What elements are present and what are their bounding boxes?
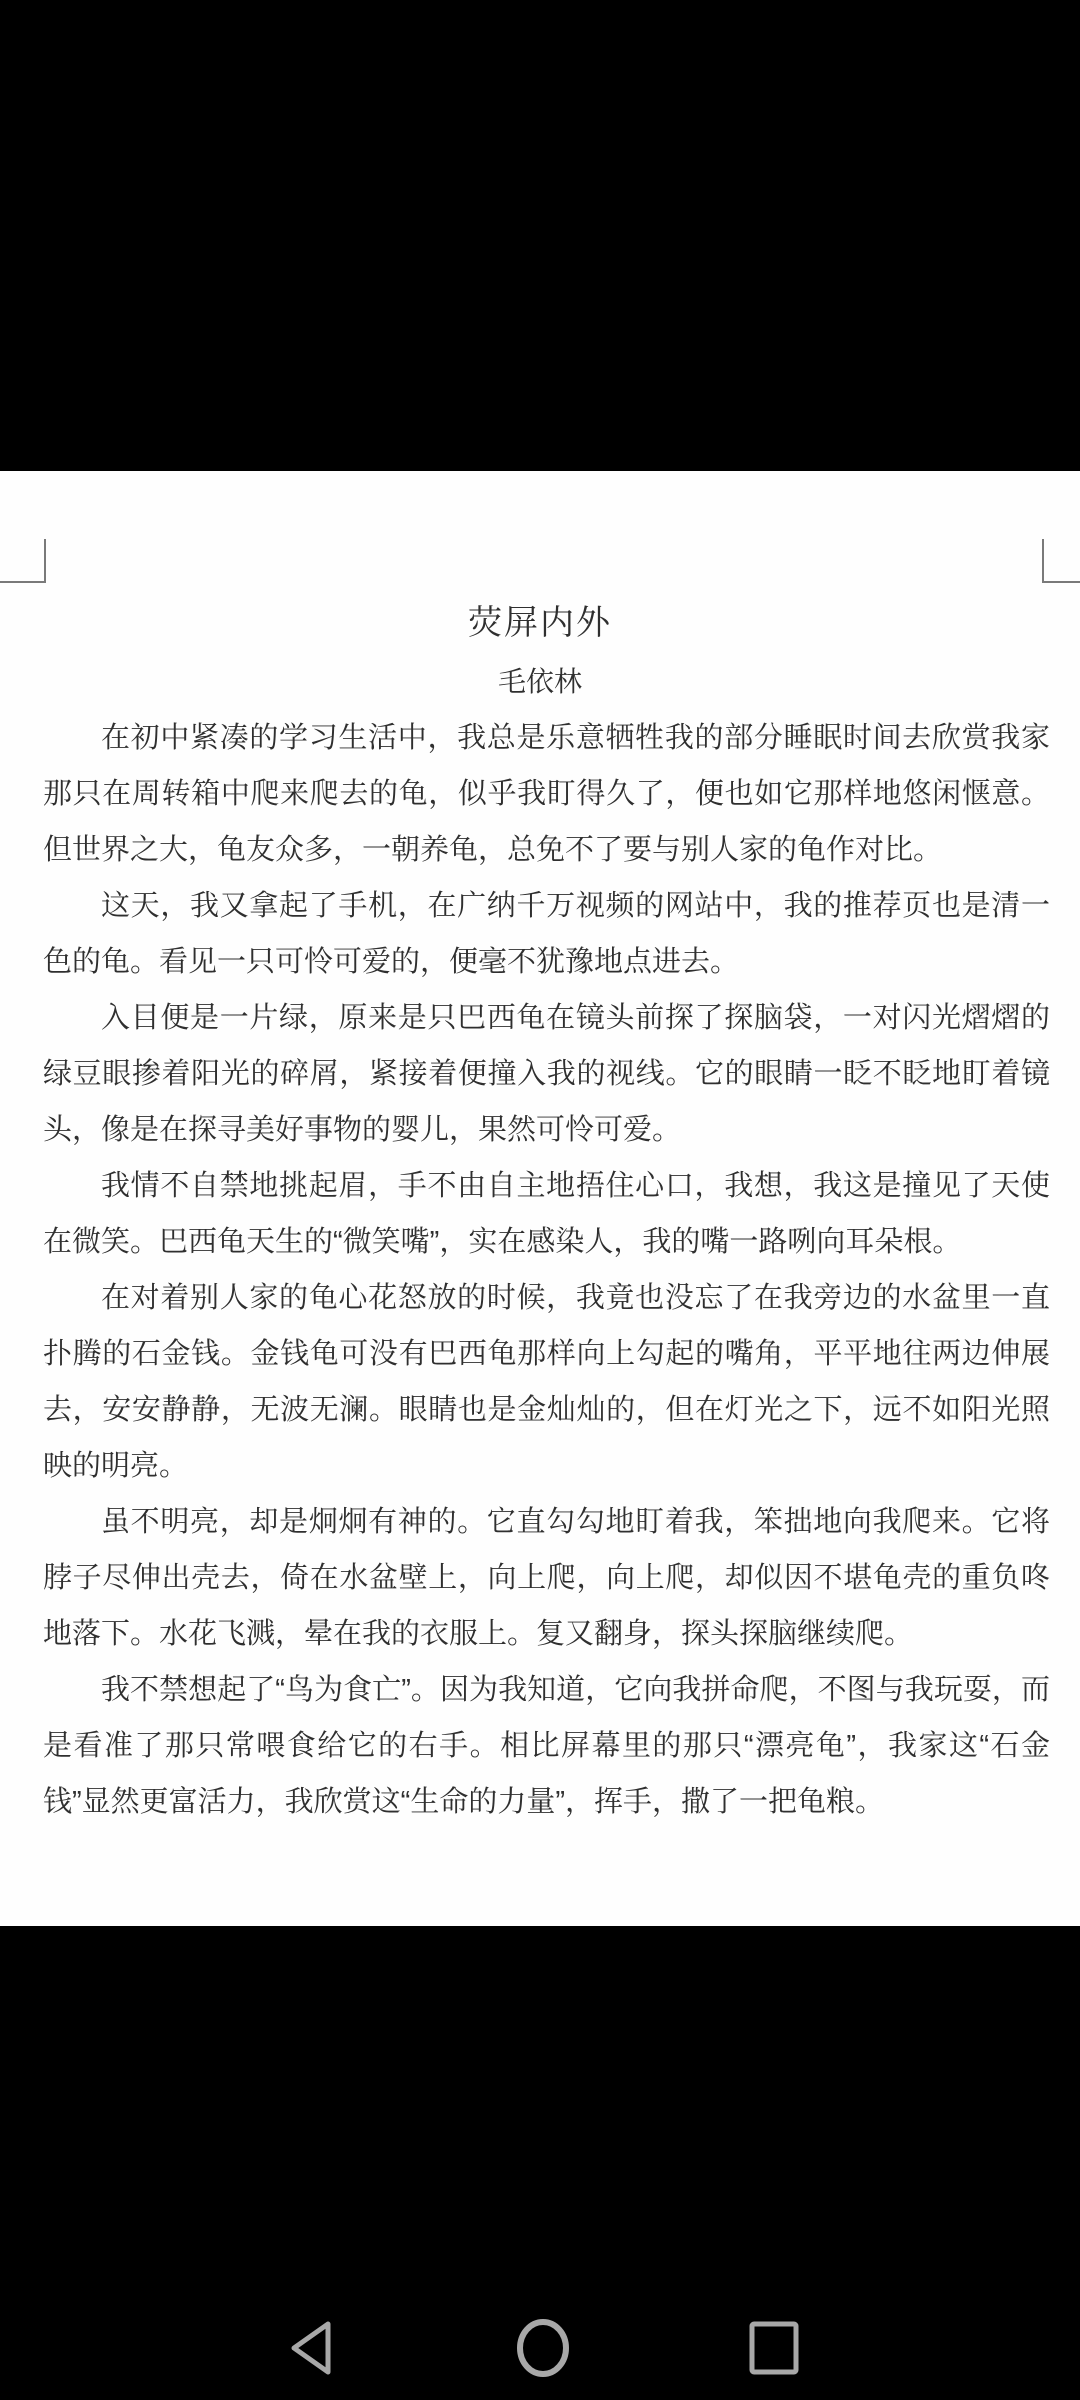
paragraph: 我不禁想起了“鸟为食亡”。因为我知道，它向我拼命爬，不图与我玩耍，而是看准了那只…	[43, 1662, 1050, 1830]
android-nav-bar	[0, 2296, 1080, 2400]
back-button[interactable]	[286, 2317, 334, 2379]
phone-screen: 荧屏内外 毛依林 在初中紧凑的学习生活中，我总是乐意牺牲我的部分睡眠时间去欣赏我…	[0, 0, 1080, 2400]
paragraph: 在初中紧凑的学习生活中，我总是乐意牺牲我的部分睡眠时间去欣赏我家那只在周转箱中爬…	[43, 710, 1050, 878]
top-letterbox	[0, 0, 1080, 471]
document-page[interactable]: 荧屏内外 毛依林 在初中紧凑的学习生活中，我总是乐意牺牲我的部分睡眠时间去欣赏我…	[0, 471, 1080, 1926]
recents-button[interactable]	[748, 2320, 800, 2376]
paragraph: 我情不自禁地挑起眉，手不由自主地捂住心口，我想，我这是撞见了天使在微笑。巴西龟天…	[43, 1158, 1050, 1270]
page-corner-mark-left	[0, 539, 46, 583]
paragraph: 虽不明亮，却是炯炯有神的。它直勾勾地盯着我，笨拙地向我爬来。它将脖子尽伸出壳去，…	[43, 1494, 1050, 1662]
page-corner-mark-right	[1042, 539, 1080, 583]
back-icon	[286, 2317, 334, 2379]
home-icon	[515, 2316, 571, 2380]
home-button[interactable]	[515, 2316, 571, 2380]
recents-icon	[748, 2320, 800, 2376]
paragraph: 入目便是一片绿，原来是只巴西龟在镜头前探了探脑袋，一对闪光熠熠的绿豆眼掺着阳光的…	[43, 990, 1050, 1158]
paragraph: 这天，我又拿起了手机，在广纳千万视频的网站中，我的推荐页也是清一色的龟。看见一只…	[43, 878, 1050, 990]
document-body: 在初中紧凑的学习生活中，我总是乐意牺牲我的部分睡眠时间去欣赏我家那只在周转箱中爬…	[43, 710, 1050, 1830]
document-author: 毛依林	[0, 666, 1080, 698]
document-title: 荧屏内外	[0, 471, 1080, 644]
paragraph: 在对着别人家的龟心花怒放的时候，我竟也没忘了在我旁边的水盆里一直扑腾的石金钱。金…	[43, 1270, 1050, 1494]
